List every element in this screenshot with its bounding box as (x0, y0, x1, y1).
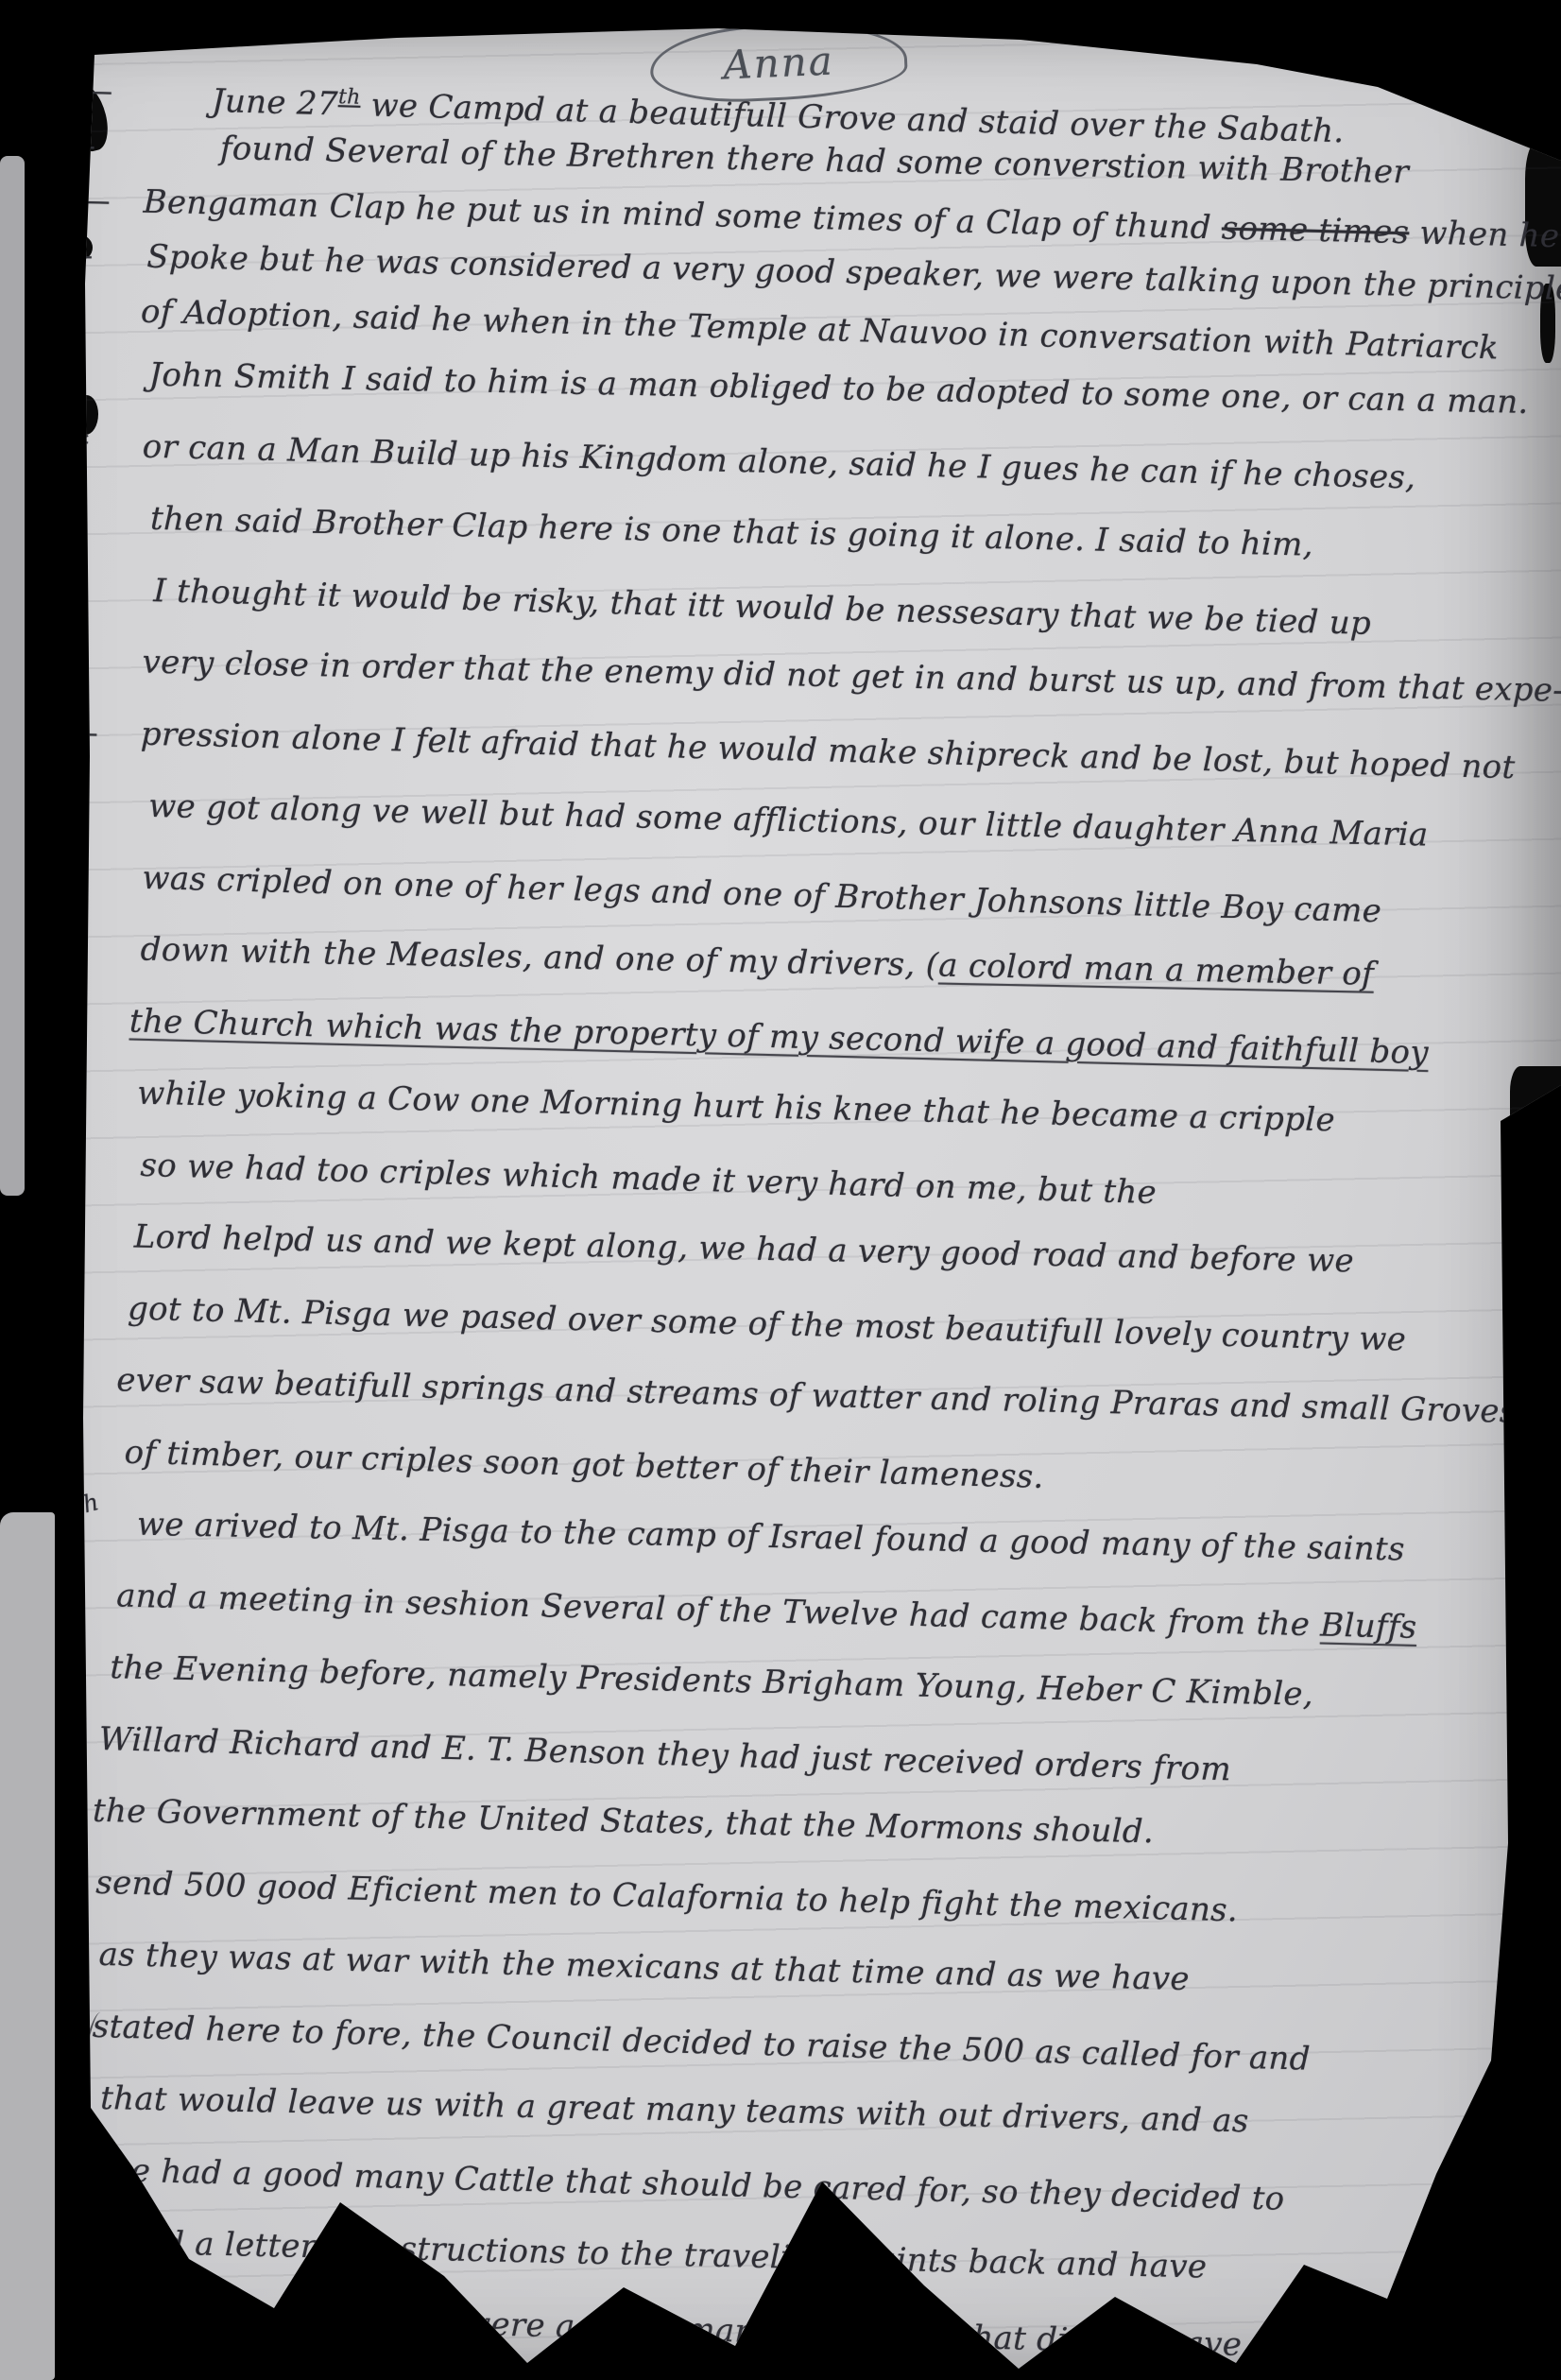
handwritten-text-segment: the Government of the United States, tha… (93, 1792, 1155, 1852)
handwritten-text-segment: and a meeting in seshion Several of the … (116, 1577, 1321, 1644)
handwritten-text-segment: we had a good many Cattle that should be… (103, 2151, 1285, 2218)
margin-mark: * (61, 840, 79, 912)
margin-mark: – (77, 228, 94, 283)
margin-mark: — (77, 173, 111, 229)
handwritten-text-segment: down with the Measles, and one of my dri… (140, 931, 938, 985)
margin-mark: – (60, 912, 78, 984)
handwritten-text-segment: Lord helpd us and we kept along, we had … (133, 1217, 1354, 1280)
margin-mark: × (63, 768, 93, 841)
margin-mark: – (78, 118, 95, 173)
handwritten-text-segment: of timber, our criples soon got better o… (124, 1434, 1044, 1496)
handwritten-text-segment: as they was at war with the mexicans at … (98, 1936, 1190, 1998)
margin-label: 1846. (1, 1402, 84, 1488)
margin-mark: — (80, 63, 114, 119)
page-number: 47 (1472, 29, 1534, 87)
handwritten-text-segment: we arived to Mt. Pisga to the camp of Is… (137, 1506, 1406, 1569)
handwritten-text-segment: so we had too criples which made it very… (140, 1147, 1158, 1212)
handwritten-text-segment: John Smith I said to him is a man oblige… (148, 356, 1529, 422)
handwritten-text-segment: some times (1221, 209, 1409, 251)
margin-mark: * (72, 409, 90, 481)
handwritten-text-segment: that would leave us with a great many te… (100, 2079, 1249, 2140)
margin-mark: * (68, 553, 86, 625)
margin-brace-stroke (59, 2010, 114, 2283)
handwritten-text-segment: Bluffs (1320, 1606, 1417, 1646)
handwritten-text-segment: we got along ve well but had some afflic… (148, 787, 1429, 854)
margin-mark: — (65, 697, 99, 769)
margin-mark: * (57, 1056, 75, 1128)
underlying-page-edge-left (0, 156, 25, 1196)
manuscript-lines: —June 27th we Campd at a beautifull Grov… (71, 64, 1539, 2380)
torn-edge-notch (74, 395, 98, 435)
handwritten-text-segment: help come on as there were a great many … (85, 2295, 1381, 2368)
handwritten-text-segment: send 500 good Eficient men to Calafornia… (95, 1864, 1239, 1930)
scanned-page: Anna 47 —June 27th we Campd at a beautif… (0, 0, 1561, 2380)
handwritten-text-segment: June 27 (212, 82, 339, 124)
margin-mark: * (51, 1343, 69, 1415)
handwritten-text-segment: while yoking a Cow one Morning hurt his … (137, 1075, 1336, 1140)
margin-mark: * (70, 481, 88, 553)
handwritten-text-segment: when he (1409, 214, 1560, 255)
scan-shadow-blob (1510, 1066, 1561, 1193)
handwritten-text-segment: then said Brother Clap here is one that … (150, 500, 1314, 564)
handwritten-text-segment: the Evening before, namely Presidents Br… (110, 1648, 1313, 1714)
margin-mark: * (67, 625, 85, 697)
manuscript-paper: Anna 47 —June 27th we Campd at a beautif… (0, 0, 1561, 2380)
handwritten-text-segment: very close in order that the enemy did n… (142, 644, 1561, 710)
handwritten-text-segment: a colord man a member of (938, 947, 1375, 993)
handwritten-text-segment: send a letter of instructions to the tra… (106, 2223, 1207, 2285)
handwritten-text-segment: th (338, 85, 361, 110)
underlying-page-edge-bottom (0, 1512, 55, 2380)
handwritten-text-segment: ever saw beatifull springs and streams o… (116, 1361, 1517, 1431)
